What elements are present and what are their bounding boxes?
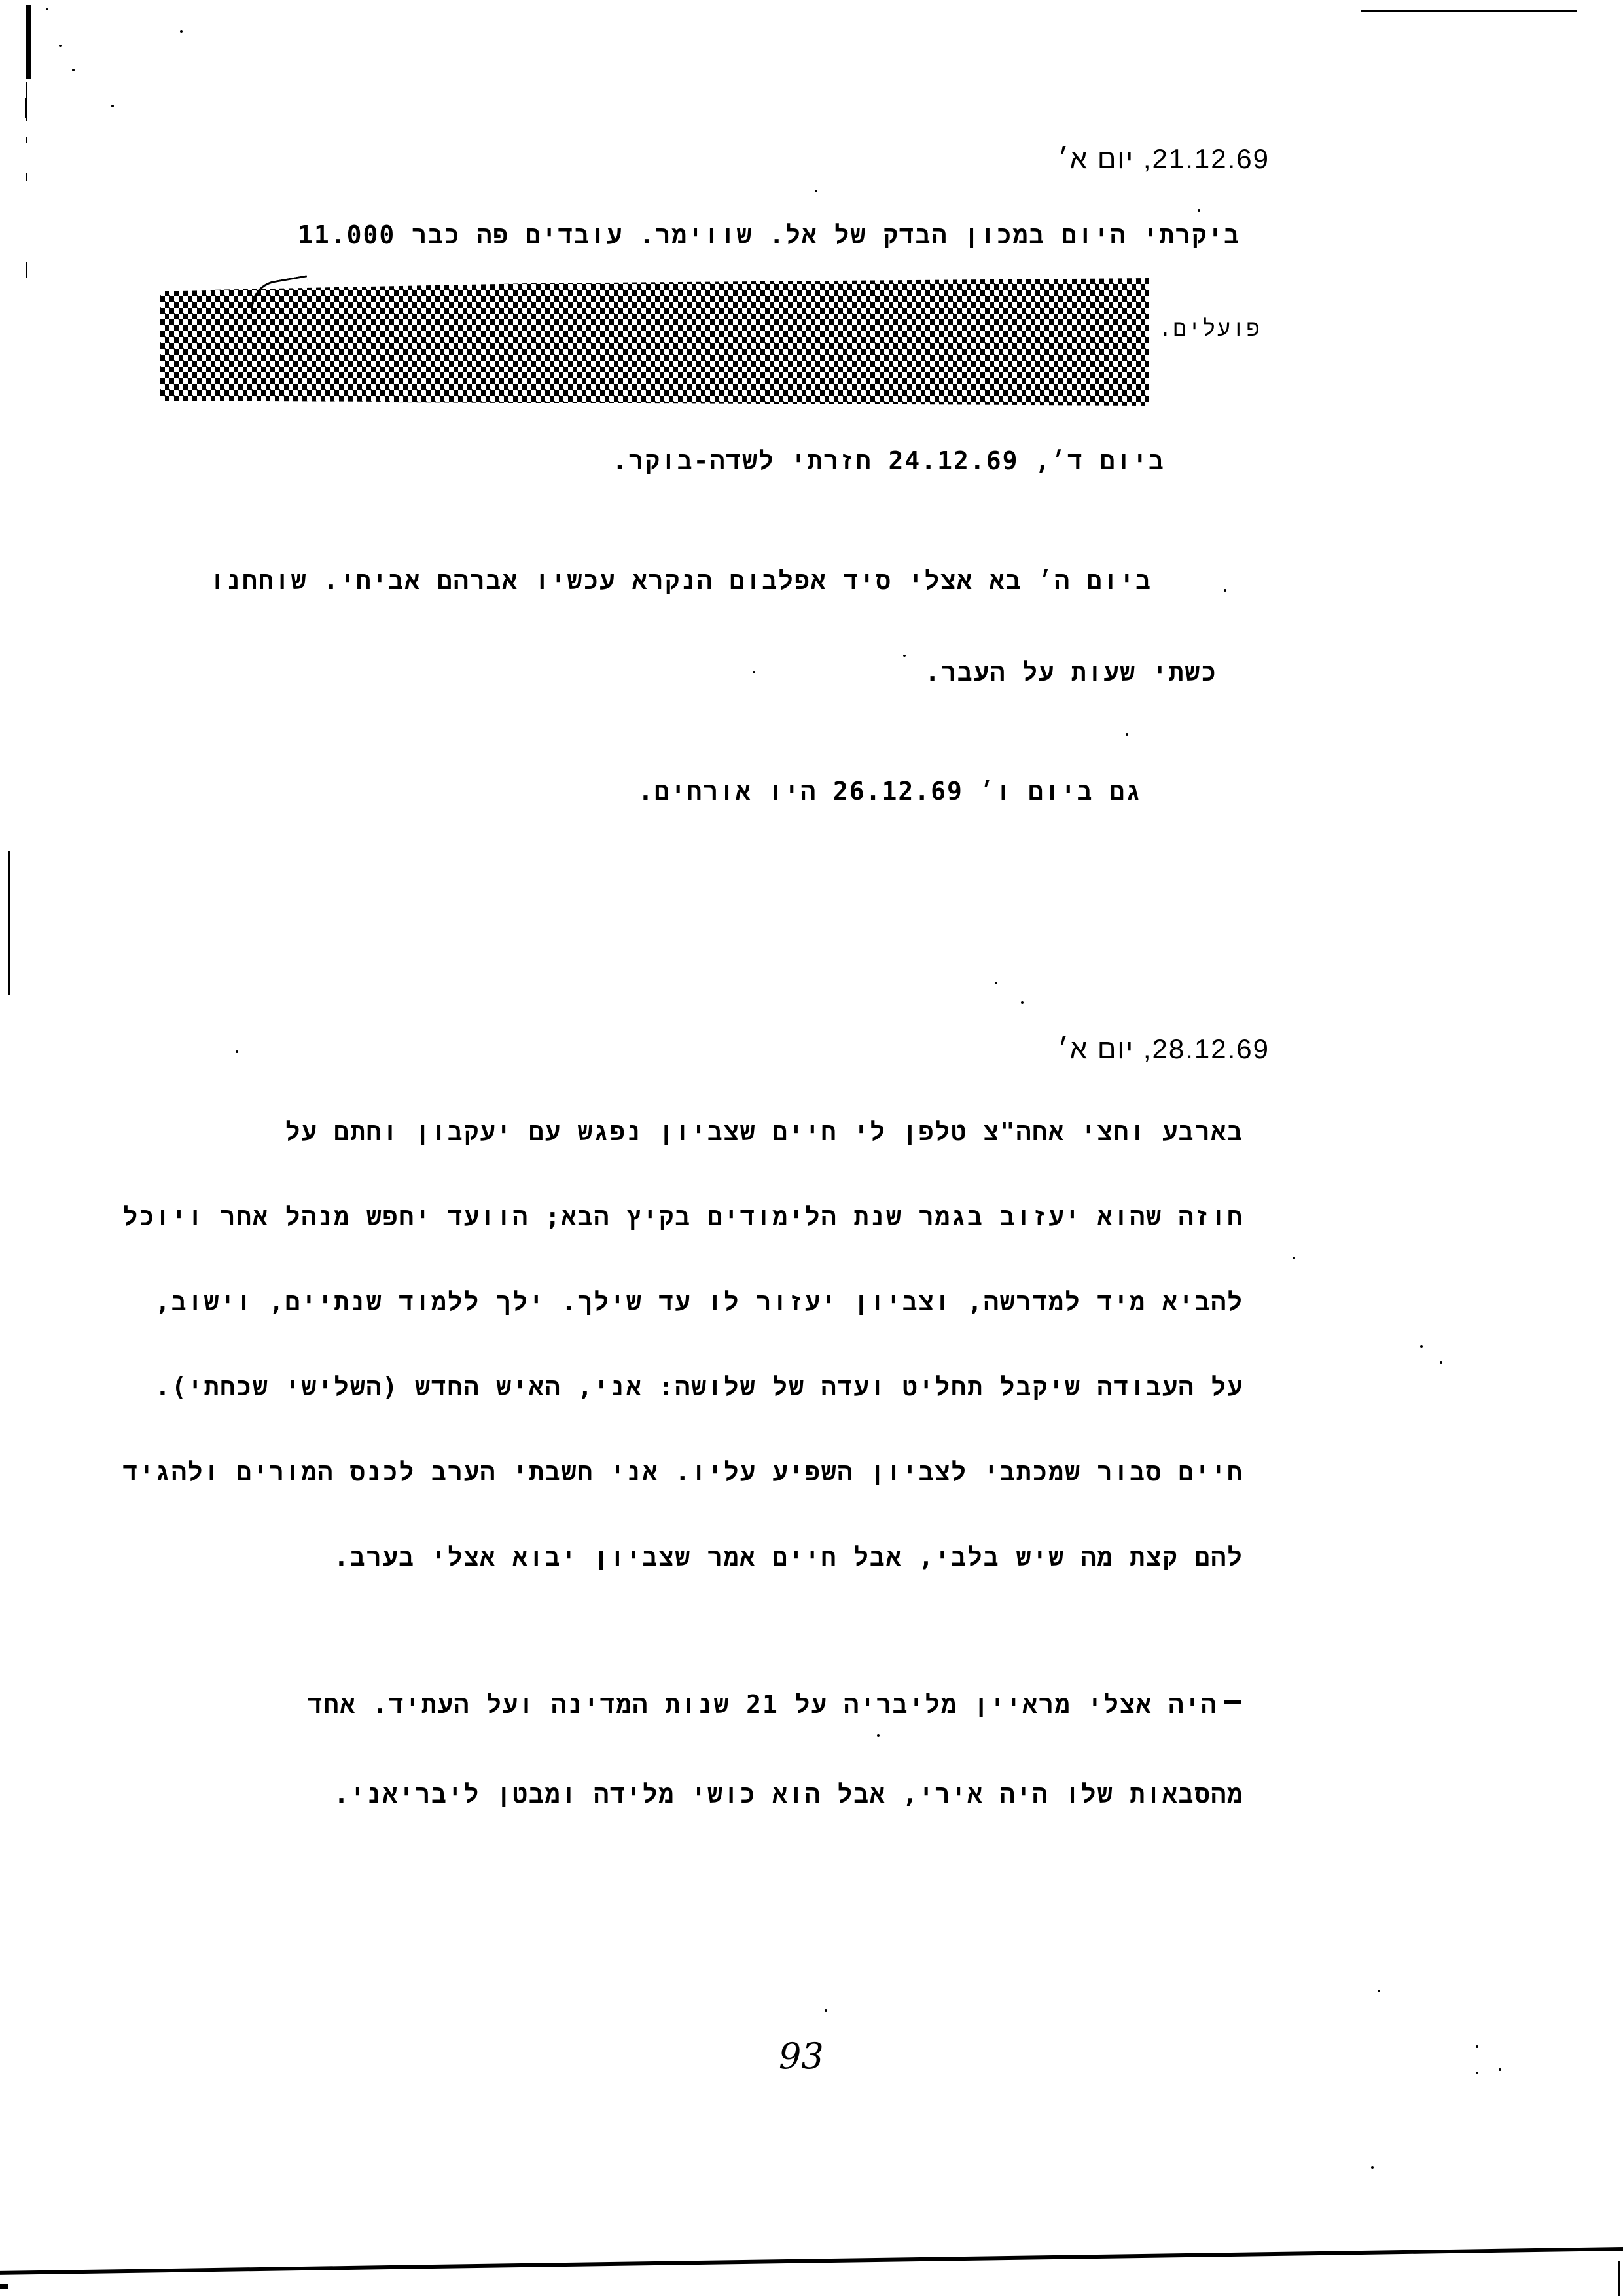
entry-text-line: בארבע וחצי אחה"צ טלפן לי חיים שצביון נפג… [285,1119,1243,1144]
scan-speck [1224,589,1226,592]
binding-edge-mark [8,851,10,995]
scan-speck [1499,2068,1501,2071]
binding-edge-mark [26,5,31,79]
scan-speck [111,105,114,107]
binding-edge-mark [26,137,27,143]
entry-text-line: על העבודה שיקבל תחליט ועדה של שלושה: אני… [155,1374,1243,1399]
scan-speck [1420,1345,1423,1348]
scan-speck [903,655,906,657]
entry-text-line: מהסבאות שלו היה אירי, אבל הוא כושי מלידה… [334,1782,1243,1806]
bullet-dash [1224,1700,1241,1704]
binding-edge-mark [25,98,27,118]
entry-text-line: להביא מיד למדרשה, וצביון יעזור לו עד שיל… [155,1289,1243,1314]
scan-speck [1476,2072,1478,2074]
scan-speck [1476,2045,1478,2048]
scan-speck [1021,1001,1024,1004]
scan-speck [995,982,997,984]
scan-speck [1440,1361,1442,1364]
entry-text-line: חוזה שהוא יעזוב בגמר שנת הלימודים בקיץ ה… [123,1204,1243,1229]
scan-speck [1126,733,1128,736]
scan-speck [59,45,62,47]
entry-text-line: פועלים. [1158,317,1261,340]
scan-speck [1198,209,1200,212]
scan-speck [1293,1257,1295,1259]
scan-speck [1371,2166,1374,2169]
scan-speck [1378,1990,1380,1992]
entry-text-line: כשתי שעות על העבר. [925,660,1217,685]
bottom-edge-rule [0,2247,1623,2275]
scan-speck [72,69,75,71]
top-edge-rule [1361,10,1577,12]
entry-text-line: ביום ה׳ בא אצלי סיד אפלבום הנקרא עכשיו א… [210,568,1152,593]
entry-date: 21.12.69, יום א׳ [1058,145,1270,173]
scanned-diary-page: 21.12.69, יום א׳ ביקרתי היום במכון הבדק … [0,0,1623,2296]
entry-text-line: ביקרתי היום במכון הבדק של אל. שווימר. עו… [298,223,1240,247]
scan-speck [877,1734,880,1737]
entry-text-line: חיים סבור שמכתבי לצביון השפיע עליו. אני … [123,1460,1243,1484]
binding-edge-mark [26,262,27,278]
entry-text-line: ביום ד׳, 24.12.69 חזרתי לשדה-בוקר. [613,448,1165,473]
entry-text-line: גם ביום ו׳ 26.12.69 היו אורחים. [638,779,1142,804]
scan-speck [815,190,817,192]
scan-speck [46,8,48,10]
entry-text-line: להם קצת מה שיש בלבי, אבל חיים אמר שצביון… [334,1545,1243,1570]
entry-date: 28.12.69, יום א׳ [1058,1035,1270,1063]
scan-speck [180,30,183,33]
scan-speck [236,1050,238,1053]
right-edge-mark [1618,2261,1620,2296]
scan-corner-mark [0,2284,8,2289]
binding-edge-mark [26,173,27,181]
page-number: 93 [779,2036,824,2077]
scan-speck [825,2009,827,2012]
scan-speck [753,671,755,673]
entry-text-line: היה אצלי מראיין מליבריה על 21 שנות המדינ… [308,1692,1217,1717]
